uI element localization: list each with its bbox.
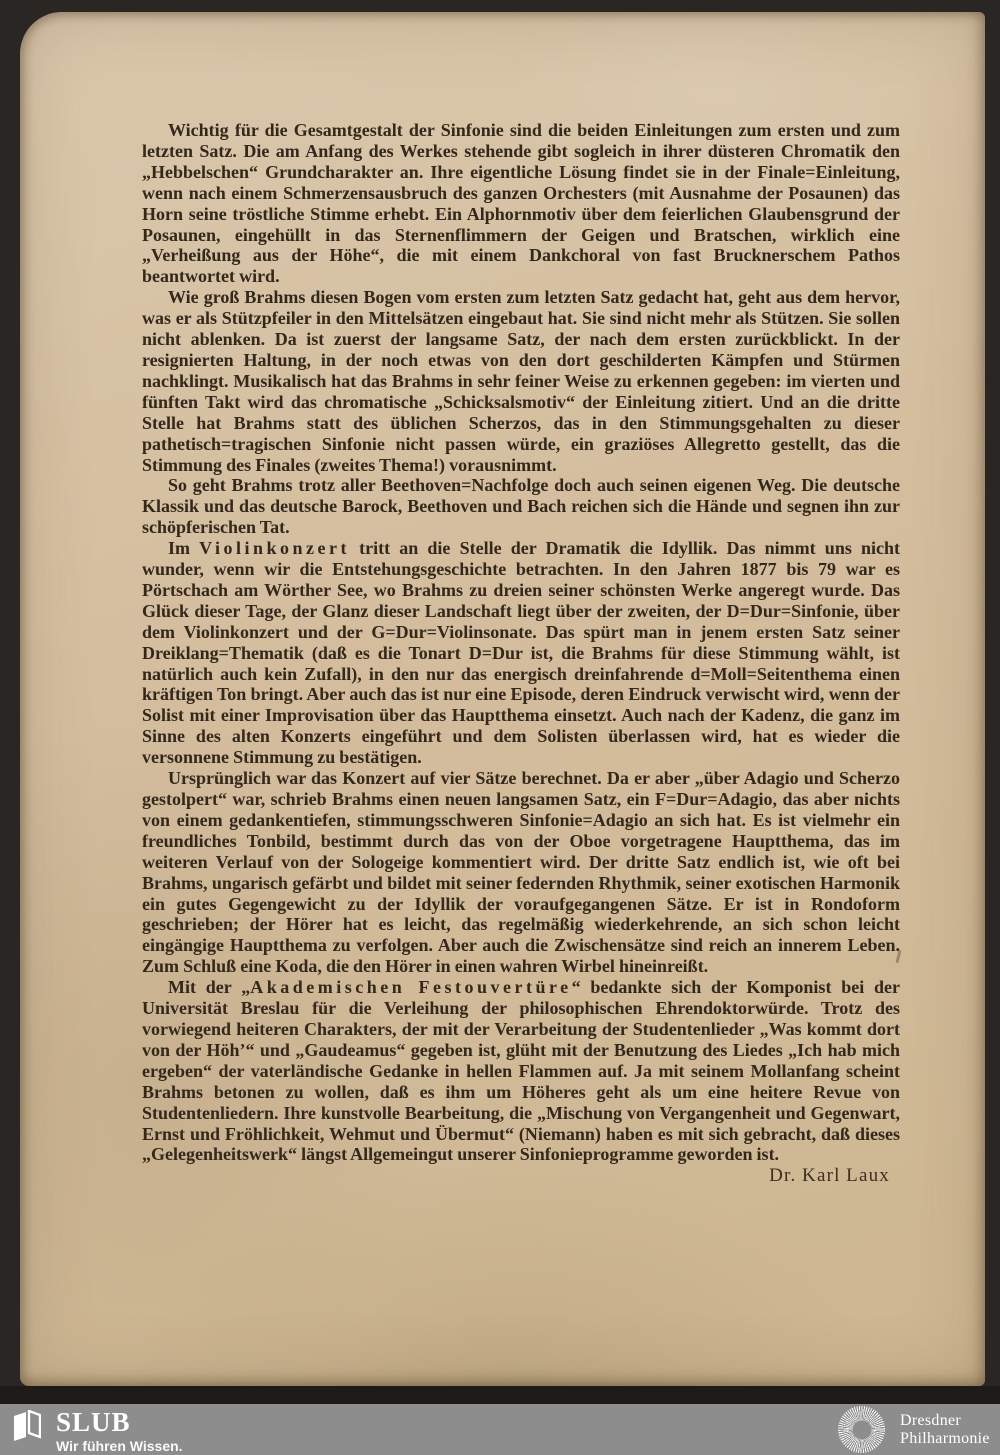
paragraph-mittelsaetze: Wie groß Brahms diesen Bogen vom ersten … [142, 287, 900, 475]
paragraph-sinfonie-einleitungen: Wichtig für die Gesamtgestalt der Sinfon… [142, 120, 900, 287]
paragraph-text: tritt an die Stelle der Dramatik die Idy… [142, 538, 900, 767]
emphasized-term-festouvertuere: Akademischen Festouvertüre [250, 977, 571, 997]
program-notes-text: Wichtig für die Gesamtgestalt der Sinfon… [142, 120, 900, 1187]
paragraph-text: Im [168, 538, 199, 558]
slub-wordmark: SLUB [56, 1410, 183, 1435]
paragraph-adagio-rondo: Ursprünglich war das Konzert auf vier Sä… [142, 768, 900, 977]
scanner-background: Wichtig für die Gesamtgestalt der Sinfon… [0, 0, 1000, 1455]
document-page: Wichtig für die Gesamtgestalt der Sinfon… [20, 12, 985, 1386]
open-book-icon [13, 1410, 41, 1441]
slub-text-block: SLUB Wir führen Wissen. [56, 1410, 183, 1454]
paragraph-text: Mit der „ [168, 977, 250, 997]
footer-bar: SLUB Wir führen Wissen. Dresdner Philhar… [0, 1404, 1000, 1455]
paragraph-text: “ bedankte sich der Komponist bei der Un… [142, 977, 900, 1164]
philharmonie-line1: Dresdner [900, 1412, 990, 1430]
sunburst-icon [838, 1406, 885, 1453]
paragraph-beethoven-nachfolge: So geht Brahms trotz aller Beethoven=Nac… [142, 475, 900, 538]
slub-tagline: Wir führen Wissen. [56, 1438, 183, 1454]
philharmonie-line2: Philharmonie [900, 1430, 990, 1448]
emphasized-term-violinkonzert: Violinkonzert [199, 538, 350, 558]
slub-logo: SLUB Wir führen Wissen. [13, 1410, 183, 1454]
dresdner-philharmonie-logo: Dresdner Philharmonie [838, 1404, 990, 1455]
author-signature: Dr. Karl Laux [142, 1166, 900, 1187]
paragraph-festouvertuere: Mit der „Akademischen Festouvertüre“ bed… [142, 977, 900, 1165]
philharmonie-wordmark: Dresdner Philharmonie [900, 1412, 990, 1447]
paragraph-violinkonzert: Im Violinkonzert tritt an die Stelle der… [142, 538, 900, 768]
scan-edge-shadow [0, 1386, 1000, 1404]
